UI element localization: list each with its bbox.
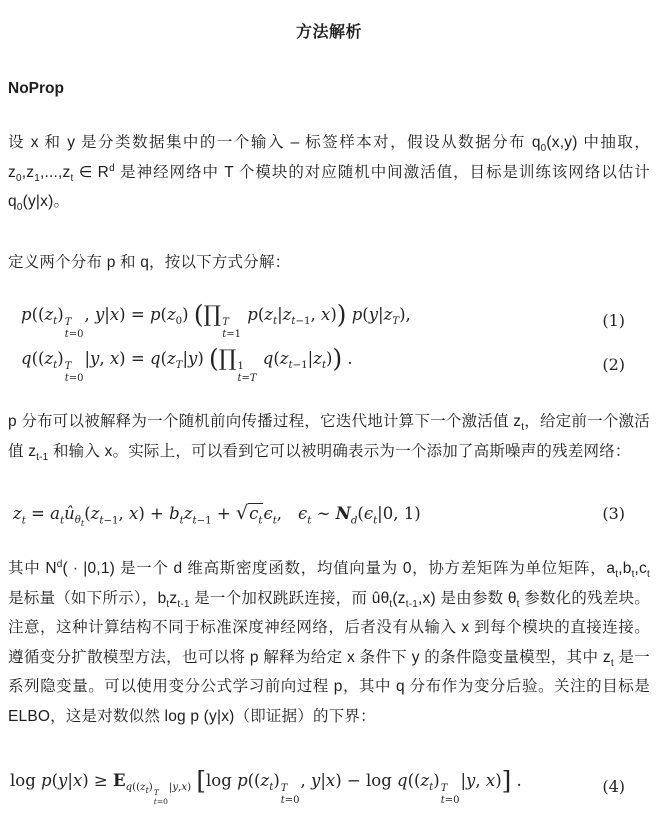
paragraph-setup: 设 x 和 y 是分类数据集中的一个输入 – 标签样本对，假设从数据分布 q0(… [8,99,650,217]
equation-2-number: (2) [602,355,625,374]
equation-group-1-2: p((zt)Tt=0, y|x) = p(z0) (∏Tt=1 p(zt|zt−… [8,277,650,381]
paragraph-elbo-explanation: 其中 Nd( · |0,1) 是一个 d 维高斯密度函数，均值向量为 0，协方差… [8,530,650,731]
page-title: 方法解析 [8,0,650,44]
equation-3-number: (3) [602,504,625,523]
equation-3: zt = atûθt(zt−1, x) + btzt−1 + √ctϵt,ϵt … [8,496,650,530]
equation-3-body: zt = atûθt(zt−1, x) + btzt−1 + √ctϵt,ϵt … [13,502,421,524]
equation-2-body: q((zt)Tt=0|y, x) = q(zT|y) (∏1t=T q(zt−1… [21,344,353,384]
document-page: 方法解析 NoProp 设 x 和 y 是分类数据集中的一个输入 – 标签样本对… [0,0,660,831]
equation-1-number: (1) [602,311,625,330]
equation-4-body: log p(y|x) ≥ Eq((zt)Tt=0|y,x) [log p((zt… [10,766,522,807]
paragraph-define-distributions: 定义两个分布 p 和 q，按以下方式分解： [8,217,650,278]
section-heading-noprop: NoProp [8,44,650,99]
paragraph-forward-process: p 分布可以被解释为一个随机前向传播过程，它迭代地计算下一个激活值 zt，给定前… [8,381,650,466]
equation-2: q((zt)Tt=0|y, x) = q(zT|y) (∏1t=T q(zt−1… [8,347,650,381]
equation-1-body: p((zt)Tt=0, y|x) = p(z0) (∏Tt=1 p(zt|zt−… [21,300,411,340]
equation-4: log p(y|x) ≥ Eq((zt)Tt=0|y,x) [log p((zt… [8,768,650,804]
equation-1: p((zt)Tt=0, y|x) = p(z0) (∏Tt=1 p(zt|zt−… [8,303,650,337]
equation-4-number: (4) [602,777,625,796]
